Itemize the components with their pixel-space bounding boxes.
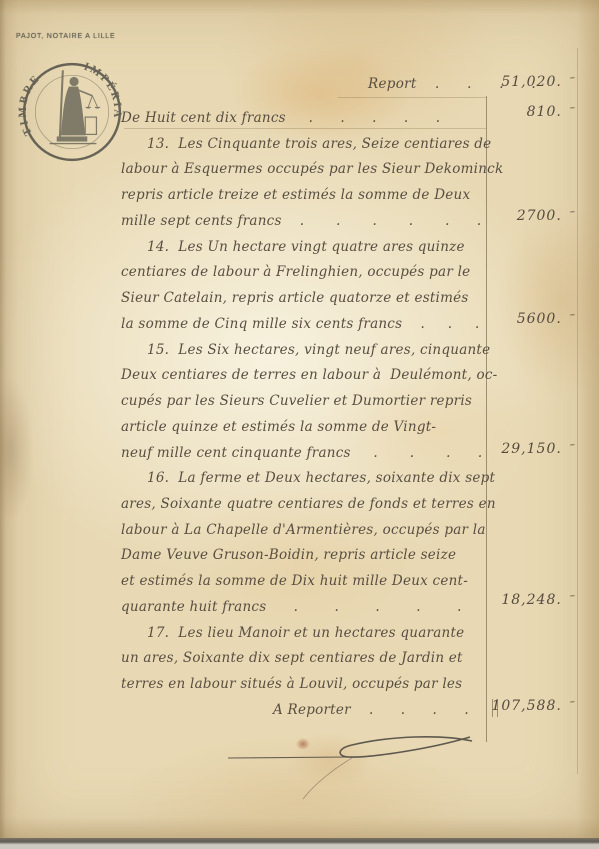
amount-art-13: 2700.‴ <box>517 208 575 224</box>
ruling-guide-line <box>338 97 486 98</box>
manuscript-line: neuf mille cent cinquante francs . . . . <box>121 441 493 467</box>
amount-value: 18,248. <box>501 592 561 608</box>
amount-value: 2700. <box>517 208 562 224</box>
amount-art-16: 18,248.‴ <box>501 592 575 608</box>
amount-value: 5600. <box>517 311 562 327</box>
manuscript-line: 15. Les Six hectares, vingt neuf ares, c… <box>121 338 493 364</box>
manuscript-line: un ares, Soixante dix sept centiares de … <box>121 646 493 672</box>
document-scan: PAJOT, NOTAIRE A LILLE TIMBRE IMPÉRIAL. <box>0 0 599 849</box>
manuscript-line: Sieur Catelain, repris article quatorze … <box>121 286 493 312</box>
amount-art-15: 29,150.‴ <box>501 441 575 457</box>
centimes-mark: ‴ <box>570 313 575 324</box>
manuscript-line: 17. Les lieu Manoir et un hectares quara… <box>121 621 493 647</box>
centimes-mark: ‴ <box>570 76 575 87</box>
centimes-mark: ‴ <box>570 700 575 711</box>
manuscript-line: Dame Veuve Gruson-Boidin, repris article… <box>121 543 493 569</box>
amount-art-14: 5600.‴ <box>517 311 575 327</box>
imperial-seal: TIMBRE IMPÉRIAL. <box>16 56 128 168</box>
manuscript-line: repris article treize et estimés la somm… <box>121 183 493 209</box>
manuscript-line: 14. Les Un hectare vingt quatre ares qui… <box>121 235 493 261</box>
manuscript-body: De Huit cent dix francs . . . . .13. Les… <box>121 106 493 724</box>
notary-stamp-label: PAJOT, NOTAIRE A LILLE <box>16 33 134 40</box>
manuscript-line: la somme de Cinq mille six cents francs … <box>121 312 493 338</box>
amount-value: 810. <box>527 104 562 120</box>
manuscript-line: labour à La Chapelle d'Armentières, occu… <box>121 518 493 544</box>
svg-text:TIMBRE: TIMBRE <box>17 72 43 137</box>
centimes-mark: ‴ <box>570 210 575 221</box>
amount-value: 29,150. <box>501 441 561 457</box>
amount-report: 51,020.‴ <box>501 74 575 90</box>
amount-row-810: 810.‴ <box>527 104 575 120</box>
centimes-mark: ‴ <box>570 443 575 454</box>
manuscript-line: A Reporter . . . . <box>121 698 493 724</box>
manuscript-line: labour à Esquermes occupés par les Sieur… <box>121 157 493 183</box>
centimes-mark: ‴ <box>570 594 575 605</box>
manuscript-line: 13. Les Cinquante trois ares, Seize cent… <box>121 132 493 158</box>
amount-value: 107,588. <box>491 698 561 714</box>
manuscript-line: mille sept cents francs . . . . . . <box>121 209 493 235</box>
manuscript-line: cupés par les Sieurs Cuvelier et Dumorti… <box>121 389 493 415</box>
manuscript-line: ares, Soixante quatre centiares de fonds… <box>121 492 493 518</box>
manuscript-line: Deux centiares de terres en labour à Deu… <box>121 363 493 389</box>
manuscript-line: centiares de labour à Frelinghien, occup… <box>121 260 493 286</box>
manuscript-line: De Huit cent dix francs . . . . . <box>121 106 493 132</box>
paraph-flourish-icon <box>200 725 500 815</box>
justice-figure-icon <box>50 70 101 143</box>
manuscript-line: quarante huit francs . . . . . <box>121 595 493 621</box>
seal-left-text: TIMBRE <box>17 72 43 137</box>
manuscript-line: et estimés la somme de Dix huit mille De… <box>121 569 493 595</box>
manuscript-line: terres en labour situés à Louvil, occupé… <box>121 672 493 698</box>
centimes-mark: ‴ <box>570 106 575 117</box>
scan-edge <box>0 838 599 849</box>
manuscript-line: 16. La ferme et Deux hectares, soixante … <box>121 466 493 492</box>
amount-carry: 107,588.‴ <box>491 698 575 714</box>
amount-value: 51,020. <box>501 74 561 90</box>
manuscript-line: article quinze et estimés la somme de Vi… <box>121 415 493 441</box>
right-margin-rule <box>577 48 578 774</box>
